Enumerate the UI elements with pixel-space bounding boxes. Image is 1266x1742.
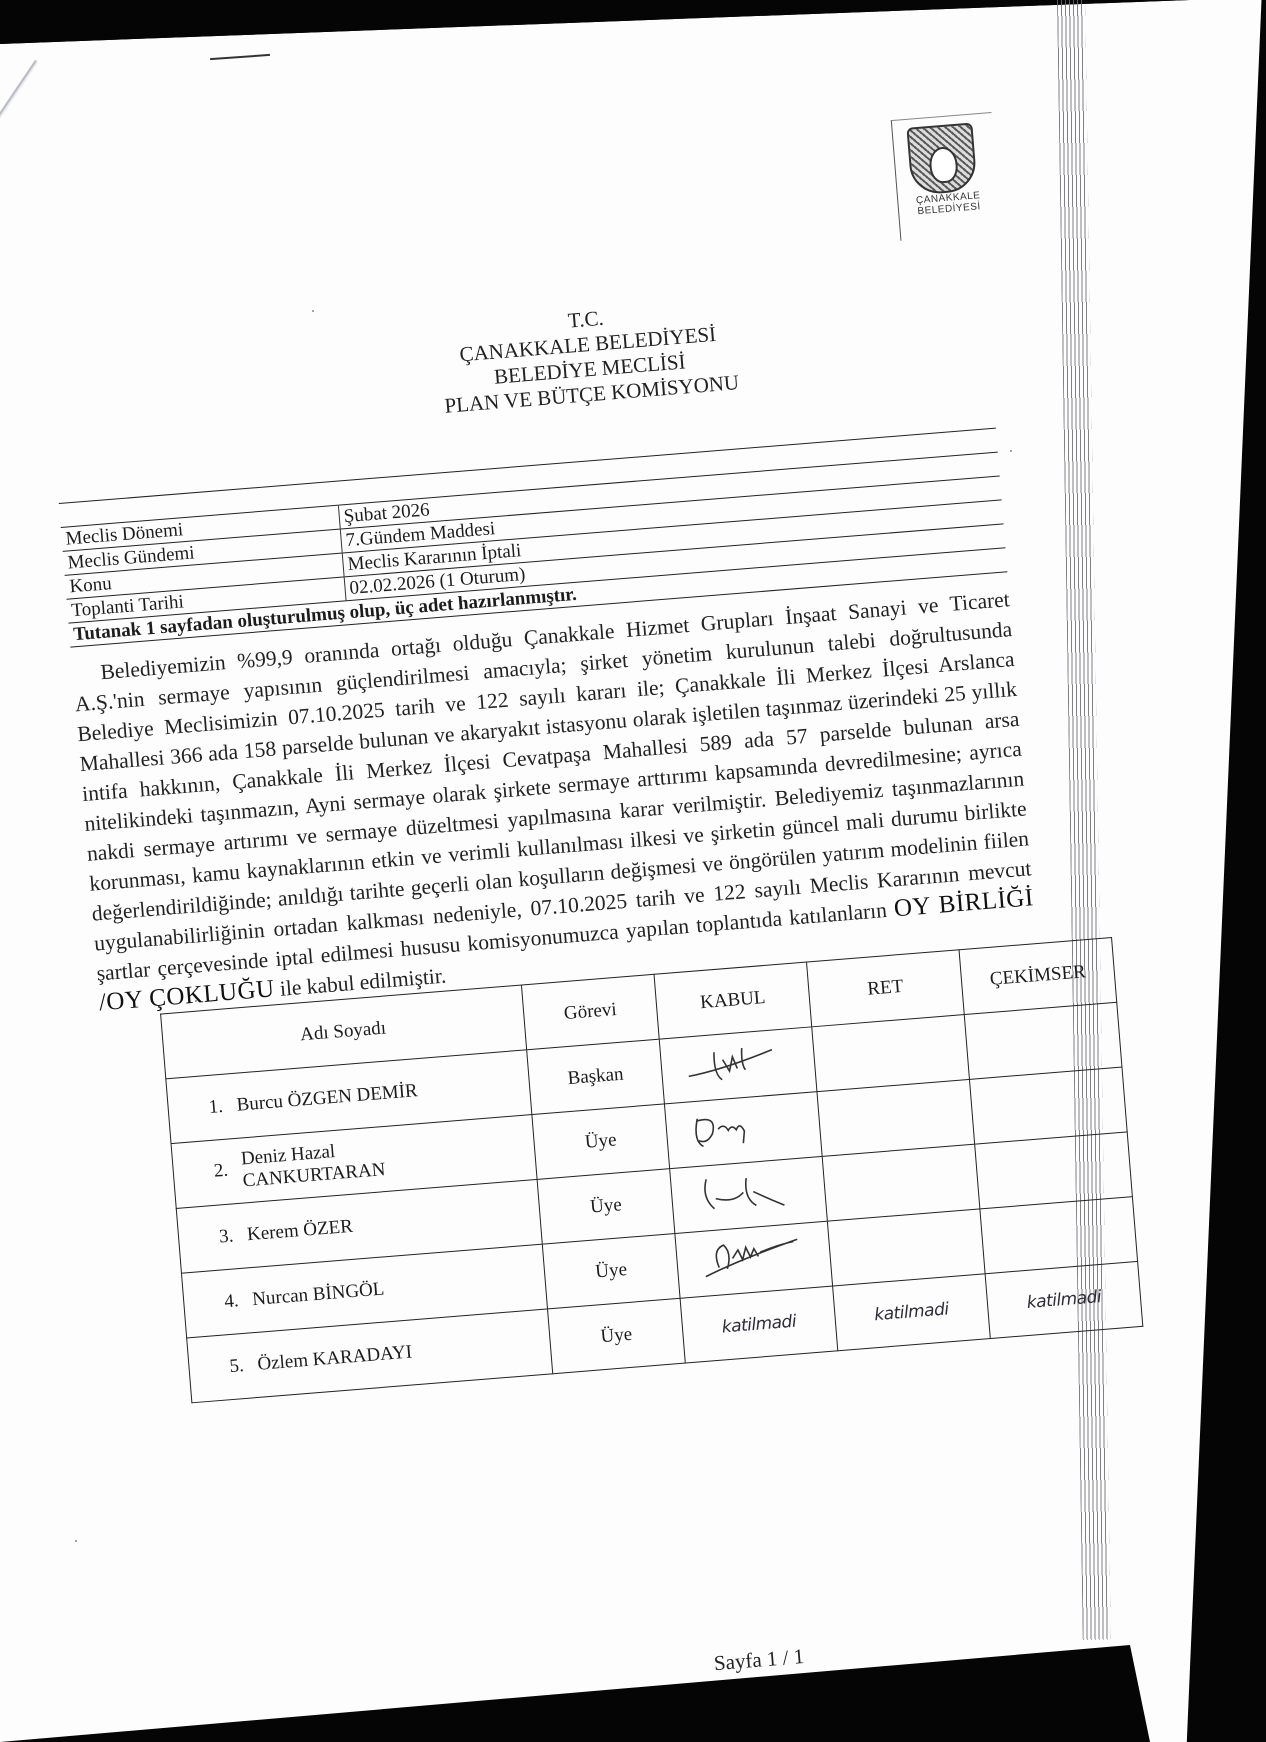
page-number: Sayfa 1 / 1 (713, 1644, 805, 1676)
abstain-cell (975, 1132, 1133, 1209)
decision-text: Belediyemizin %99,9 oranında ortağı oldu… (74, 587, 1032, 985)
scan-speck (195, 1000, 197, 1002)
document-content: ÇANAKKALE BELEDİYESİ T.C. ÇANAKKALE BELE… (26, 18, 1194, 1736)
reject-cell (812, 1015, 970, 1092)
abstain-cell (980, 1197, 1138, 1274)
member-name-text: Burcu ÖZGEN DEMİR (236, 1080, 419, 1115)
abstain-cell (964, 1002, 1122, 1079)
row-number: 2. (213, 1159, 243, 1183)
scan-speck (75, 1540, 77, 1542)
logo-caption: ÇANAKKALE BELEDİYESİ (908, 190, 990, 218)
signature-icon (697, 1232, 810, 1281)
row-number: 1. (208, 1095, 238, 1119)
header-reject: RET (807, 950, 965, 1027)
abstain-cell-handwritten: katilmadi (985, 1261, 1143, 1338)
municipality-logo: ÇANAKKALE BELEDİYESİ (891, 112, 1001, 241)
signature-icon (681, 1038, 794, 1087)
row-number: 3. (218, 1224, 248, 1248)
header-role: Görevi (521, 974, 659, 1049)
member-role: Üye (532, 1104, 670, 1179)
decision-paragraph: Belediyemizin %99,9 oranında ortağı oldu… (71, 584, 1037, 1018)
accept-cell (659, 1027, 817, 1104)
member-role: Başkan (527, 1039, 665, 1114)
row-number: 4. (224, 1289, 254, 1313)
header-abstain: ÇEKİMSER (959, 938, 1117, 1015)
row-number: 5. (229, 1354, 259, 1378)
municipality-emblem-icon (906, 123, 977, 196)
signature-icon (687, 1103, 800, 1152)
document-header: T.C. ÇANAKKALE BELEDİYESİ BELEDİYE MECLİ… (306, 285, 872, 430)
accept-cell (670, 1156, 828, 1233)
reject-cell (817, 1079, 975, 1156)
accept-cell (664, 1092, 822, 1169)
member-role: Üye (542, 1233, 680, 1308)
reject-cell-handwritten: katilmadi (833, 1274, 991, 1351)
accept-cell (675, 1221, 833, 1298)
signature-icon (692, 1168, 805, 1217)
member-name-text: Kerem ÖZER (246, 1216, 353, 1245)
member-role: Üye (548, 1298, 686, 1373)
member-name-text: Deniz Hazal CANKURTARAN (240, 1135, 413, 1192)
member-name-text: Özlem KARADAYI (257, 1341, 413, 1374)
member-role: Üye (537, 1169, 675, 1244)
header-accept: KABUL (654, 962, 812, 1039)
reject-cell (827, 1209, 985, 1286)
accept-cell-handwritten: katilmadi (680, 1286, 838, 1363)
abstain-cell (969, 1067, 1127, 1144)
vote-table: Adı Soyadı Görevi KABUL RET ÇEKİMSER 1.B… (160, 937, 1143, 1403)
scan-speck (1010, 450, 1012, 452)
scan-speck (312, 310, 314, 312)
member-name-text: Nurcan BİNGÖL (251, 1279, 385, 1311)
reject-cell (822, 1144, 980, 1221)
